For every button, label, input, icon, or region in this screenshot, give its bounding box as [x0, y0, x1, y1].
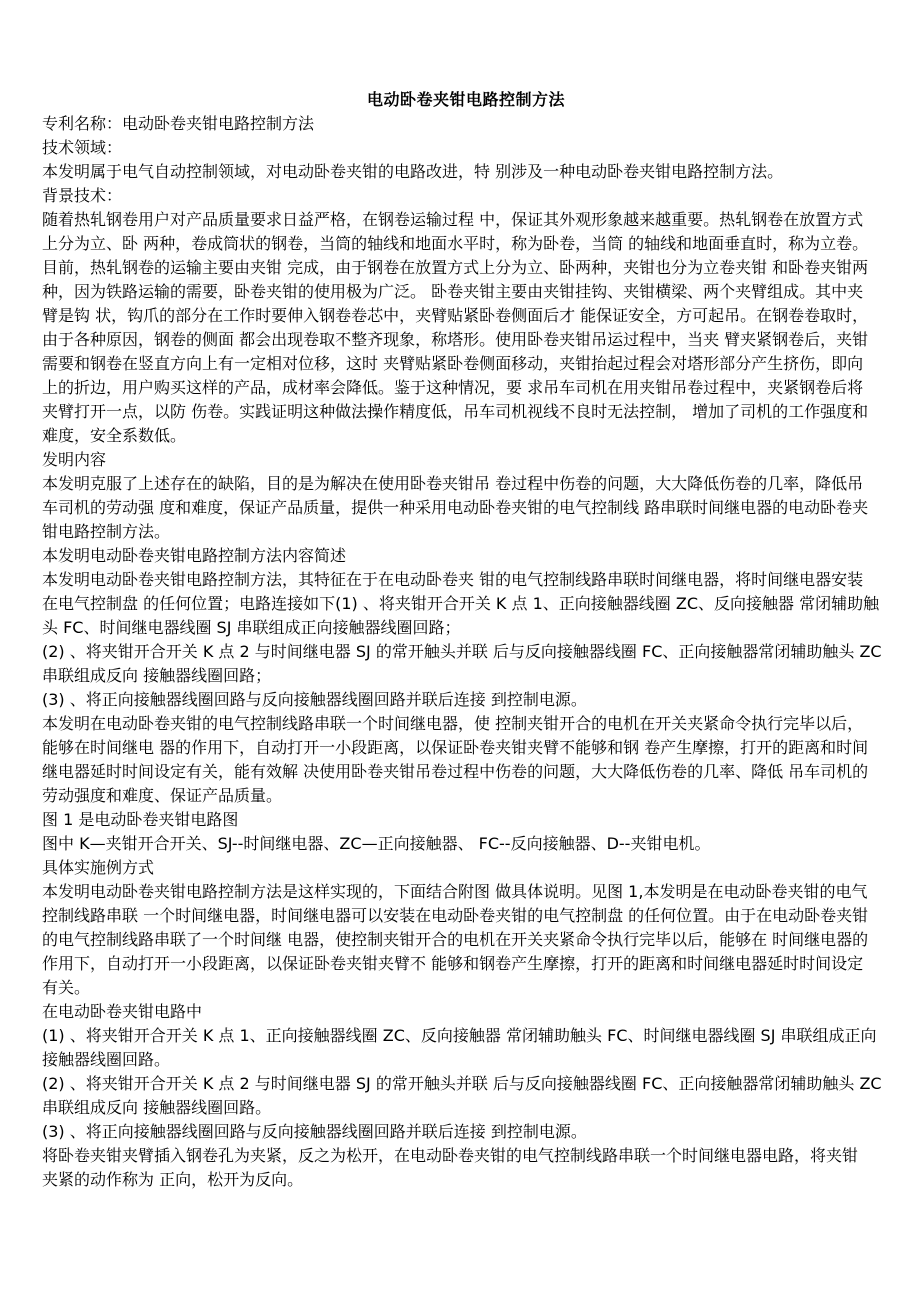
document-body: 专利名称：电动卧卷夹钳电路控制方法技术领域：本发明属于电气自动控制领域，对电动卧…	[42, 112, 890, 1192]
text-line: 本发明电动卧卷夹钳电路控制方法是这样实现的，下面结合附图 做具体说明。见图 1,…	[42, 880, 890, 904]
text-line: 车司机的劳动强 度和难度，保证产品质量，提供一种采用电动卧卷夹钳的电气控制线 路…	[42, 496, 890, 520]
text-line: 继电器延时时间设定有关，能有效解 决使用卧卷夹钳吊卷过程中伤卷的问题，大大降低伤…	[42, 760, 890, 784]
text-line: 背景技术：	[42, 184, 890, 208]
text-line: (2) 、将夹钳开合开关 K 点 2 与时间继电器 SJ 的常开触头并联 后与反…	[42, 1072, 890, 1096]
text-line: 专利名称：电动卧卷夹钳电路控制方法	[42, 112, 890, 136]
text-line: 图中 K—夹钳开合开关、SJ--时间继电器、ZC—正向接触器、 FC--反向接触…	[42, 832, 890, 856]
text-line: 由于各种原因，钢卷的侧面 都会出现卷取不整齐现象，称塔形。使用卧卷夹钳吊运过程中…	[42, 328, 890, 352]
text-line: 在电动卧卷夹钳电路中	[42, 1000, 890, 1024]
text-line: 臂是钩 状，钩爪的部分在工作时要伸入钢卷卷芯中，夹臂贴紧卧卷侧面后才 能保证安全…	[42, 304, 890, 328]
text-line: (1) 、将夹钳开合开关 K 点 1、正向接触器线圈 ZC、反向接触器 常闭辅助…	[42, 1024, 890, 1048]
text-line: (2) 、将夹钳开合开关 K 点 2 与时间继电器 SJ 的常开触头并联 后与反…	[42, 640, 890, 664]
text-line: 本发明电动卧卷夹钳电路控制方法，其特征在于在电动卧卷夹 钳的电气控制线路串联时间…	[42, 568, 890, 592]
document-title: 电动卧卷夹钳电路控制方法	[42, 88, 890, 112]
text-line: 难度，安全系数低。	[42, 424, 890, 448]
text-line: 具体实施例方式	[42, 856, 890, 880]
text-line: 钳电路控制方法。	[42, 520, 890, 544]
text-line: 控制线路串联 一个时间继电器，时间继电器可以安装在电动卧卷夹钳的电气控制盘 的任…	[42, 904, 890, 928]
text-line: 图 1 是电动卧卷夹钳电路图	[42, 808, 890, 832]
text-line: 发明内容	[42, 448, 890, 472]
text-line: 头 FC、时间继电器线圈 SJ 串联组成正向接触器线圈回路；	[42, 616, 890, 640]
text-line: (3) 、将正向接触器线圈回路与反向接触器线圈回路并联后连接 到控制电源。	[42, 688, 890, 712]
text-line: 上的折边，用户购买这样的产品，成材率会降低。鉴于这种情况，要 求吊车司机在用夹钳…	[42, 376, 890, 400]
text-line: 技术领域：	[42, 136, 890, 160]
text-line: 接触器线圈回路。	[42, 1048, 890, 1072]
text-line: 在电气控制盘 的任何位置；电路连接如下(1) 、将夹钳开合开关 K 点 1、正向…	[42, 592, 890, 616]
patent-document-page: 电动卧卷夹钳电路控制方法 专利名称：电动卧卷夹钳电路控制方法技术领域：本发明属于…	[0, 0, 920, 1302]
text-line: 夹紧的动作称为 正向，松开为反向。	[42, 1168, 890, 1192]
text-line: 种，因为铁路运输的需要，卧卷夹钳的使用极为广泛。 卧卷夹钳主要由夹钳挂钩、夹钳横…	[42, 280, 890, 304]
text-line: 本发明电动卧卷夹钳电路控制方法内容简述	[42, 544, 890, 568]
text-line: 串联组成反向 接触器线圈回路。	[42, 1096, 890, 1120]
text-line: (3) 、将正向接触器线圈回路与反向接触器线圈回路并联后连接 到控制电源。	[42, 1120, 890, 1144]
text-line: 上分为立、卧 两种，卷成筒状的钢卷，当筒的轴线和地面水平时，称为卧卷，当筒 的轴…	[42, 232, 890, 256]
text-line: 有关。	[42, 976, 890, 1000]
text-line: 将卧卷夹钳夹臂插入钢卷孔为夹紧，反之为松开，在电动卧卷夹钳的电气控制线路串联一个…	[42, 1144, 890, 1168]
text-line: 本发明在电动卧卷夹钳的电气控制线路串联一个时间继电器，使 控制夹钳开合的电机在开…	[42, 712, 890, 736]
text-line: 夹臂打开一点，以防 伤卷。实践证明这种做法操作精度低，吊车司机视线不良时无法控制…	[42, 400, 890, 424]
text-line: 目前，热轧钢卷的运输主要由夹钳 完成，由于钢卷在放置方式上分为立、卧两种，夹钳也…	[42, 256, 890, 280]
text-line: 能够在时间继电 器的作用下，自动打开一小段距离，以保证卧卷夹钳夹臂不能够和钢 卷…	[42, 736, 890, 760]
text-line: 作用下，自动打开一小段距离，以保证卧卷夹钳夹臂不 能够和钢卷产生摩擦，打开的距离…	[42, 952, 890, 976]
text-line: 本发明属于电气自动控制领域，对电动卧卷夹钳的电路改进，特 别涉及一种电动卧卷夹钳…	[42, 160, 890, 184]
text-line: 劳动强度和难度、保证产品质量。	[42, 784, 890, 808]
text-line: 本发明克服了上述存在的缺陷，目的是为解决在使用卧卷夹钳吊 卷过程中伤卷的问题，大…	[42, 472, 890, 496]
text-line: 随着热轧钢卷用户对产品质量要求日益严格，在钢卷运输过程 中，保证其外观形象越来越…	[42, 208, 890, 232]
text-line: 的电气控制线路串联了一个时间继 电器，使控制夹钳开合的电机在开关夹紧命令执行完毕…	[42, 928, 890, 952]
text-line: 需要和钢卷在竖直方向上有一定相对位移，这时 夹臂贴紧卧卷侧面移动，夹钳抬起过程会…	[42, 352, 890, 376]
text-line: 串联组成反向 接触器线圈回路；	[42, 664, 890, 688]
